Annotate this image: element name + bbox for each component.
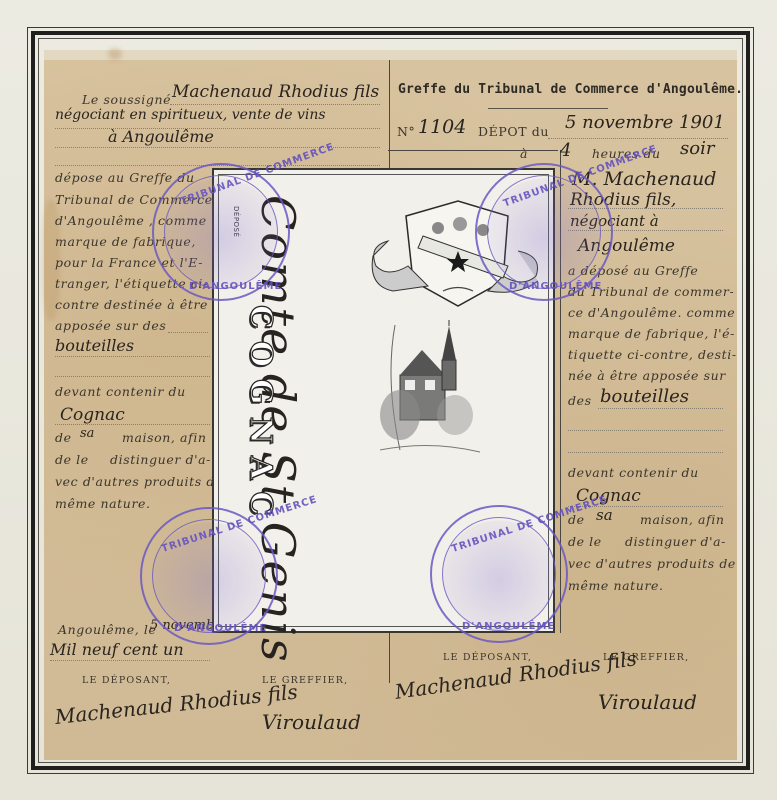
maison-label: maison, afin [640,512,725,527]
fill-line [50,660,210,661]
text-line: vec d'autres produits de [55,474,223,489]
depositor-name: Machenaud Rhodius fils [172,82,379,102]
text-line: contre destinée à être [55,297,208,312]
stamp-bottom-arc: D'ANGOULÊME [174,623,267,634]
de-le-label: de le [568,534,602,549]
fill-line [170,104,380,105]
fill-line [55,128,380,129]
chateau-engraving-icon [370,320,485,465]
stamp-bottom-arc: D'ANGOULÊME [509,281,602,292]
depot-date: 5 novembre 1901 [565,112,725,133]
text-line: même nature. [55,496,151,511]
left-greffier-signature: Viroulaud [262,710,361,734]
header-title: Greffe du Tribunal de Commerce d'Angoulê… [398,82,743,97]
fill-line [168,332,208,333]
text-line: apposée sur des [55,318,166,333]
stamp-bottom-arc: D'ANGOULÊME [462,621,555,632]
text-line: vec d'autres produits de [568,556,736,571]
right-possessive-value: sa [596,506,613,524]
text-line: tiquette ci-contre, desti- [568,347,737,362]
fill-line [568,452,723,453]
fill-line [598,408,723,409]
at-label: à [520,146,528,161]
stamp-tribunal-bottom-right: TRIBUNAL DE COMMERCE D'ANGOULÊME [430,505,568,643]
fill-line [55,356,210,357]
right-greffier-signature: Viroulaud [598,690,697,714]
stamp-tribunal-top-left: TRIBUNAL DE COMMERCE D'ANGOULÊME [152,163,290,301]
stain [108,48,122,60]
depositor-occupation: négociant en spiritueux, vente de vins [55,107,326,123]
column-divider-bottom [389,633,390,683]
devant-contenir-label: devant contenir du [55,384,186,399]
place-date-label: Angoulême, le [58,622,156,637]
fill-line [568,430,723,431]
left-content-value: Cognac [60,405,125,425]
registration-number: 1104 [418,116,466,138]
depot-label: DÉPOT du [478,124,549,139]
left-depositor-sig-label: LE DÉPOSANT, [82,675,171,686]
label-product-name: COGNAC [243,305,278,527]
de-label: de [55,430,72,445]
devant-contenir-label: devant contenir du [568,465,699,480]
maison-label: maison, afin [122,430,207,445]
fill-line [55,424,210,425]
text-line: distinguer d'a- [625,534,726,549]
number-label: N° [397,124,415,139]
stamp-tribunal-bottom-left: TRIBUNAL DE COMMERCE D'ANGOULÊME [140,507,278,645]
left-apposee-sur-value: bouteilles [55,336,134,355]
left-possessive-value: sa [80,426,94,441]
text-line: marque de fabrique, l'é- [568,326,735,341]
column-divider-top [389,60,390,170]
text-line: ce d'Angoulême. comme [568,305,735,320]
header-rule [388,150,558,151]
title-flourish [488,108,608,109]
stamp-bottom-arc: D'ANGOULÊME [189,281,282,292]
text-line: née à être apposée sur [568,368,726,383]
depot-period: soir [680,138,714,159]
soussigne-label: Le soussigné [82,92,171,107]
text-line: des [568,393,592,408]
depot-hour: 4 [560,140,571,161]
right-depositor-sig-label: LE DÉPOSANT, [443,652,532,663]
depositor-city: à Angoulême [108,127,214,146]
fill-line [55,376,210,377]
de-le-label: de le [55,452,89,467]
right-apposee-sur-value: bouteilles [600,386,689,407]
text-line: distinguer d'a- [110,452,211,467]
text-line: même nature. [568,578,664,593]
stamp-tribunal-top-right: TRIBUNAL DE COMMERCE D'ANGOULÊME [475,163,613,301]
year-value: Mil neuf cent un [50,640,184,659]
